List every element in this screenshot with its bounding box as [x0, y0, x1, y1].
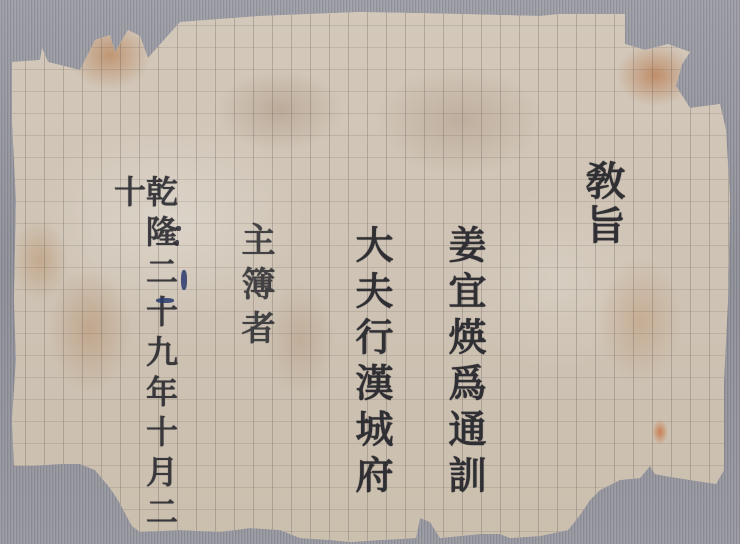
blue-ink-mark: [181, 270, 187, 290]
recipient-column: 姜宜煐爲通訓: [445, 225, 483, 501]
office-column: 大夫行漢城府: [352, 225, 390, 501]
document-heading: 敎旨: [582, 160, 622, 248]
photo-scene: 敎旨 姜宜煐爲通訓 大夫行漢城府 主簿者 乾隆二十九年十月二十: [0, 0, 740, 544]
ink-dot: [175, 240, 179, 246]
date-column: 乾隆二十九年十月二十: [112, 175, 176, 544]
position-column: 主簿者: [238, 222, 272, 354]
blue-ink-mark: [156, 298, 174, 303]
ink-dot: [176, 226, 181, 231]
